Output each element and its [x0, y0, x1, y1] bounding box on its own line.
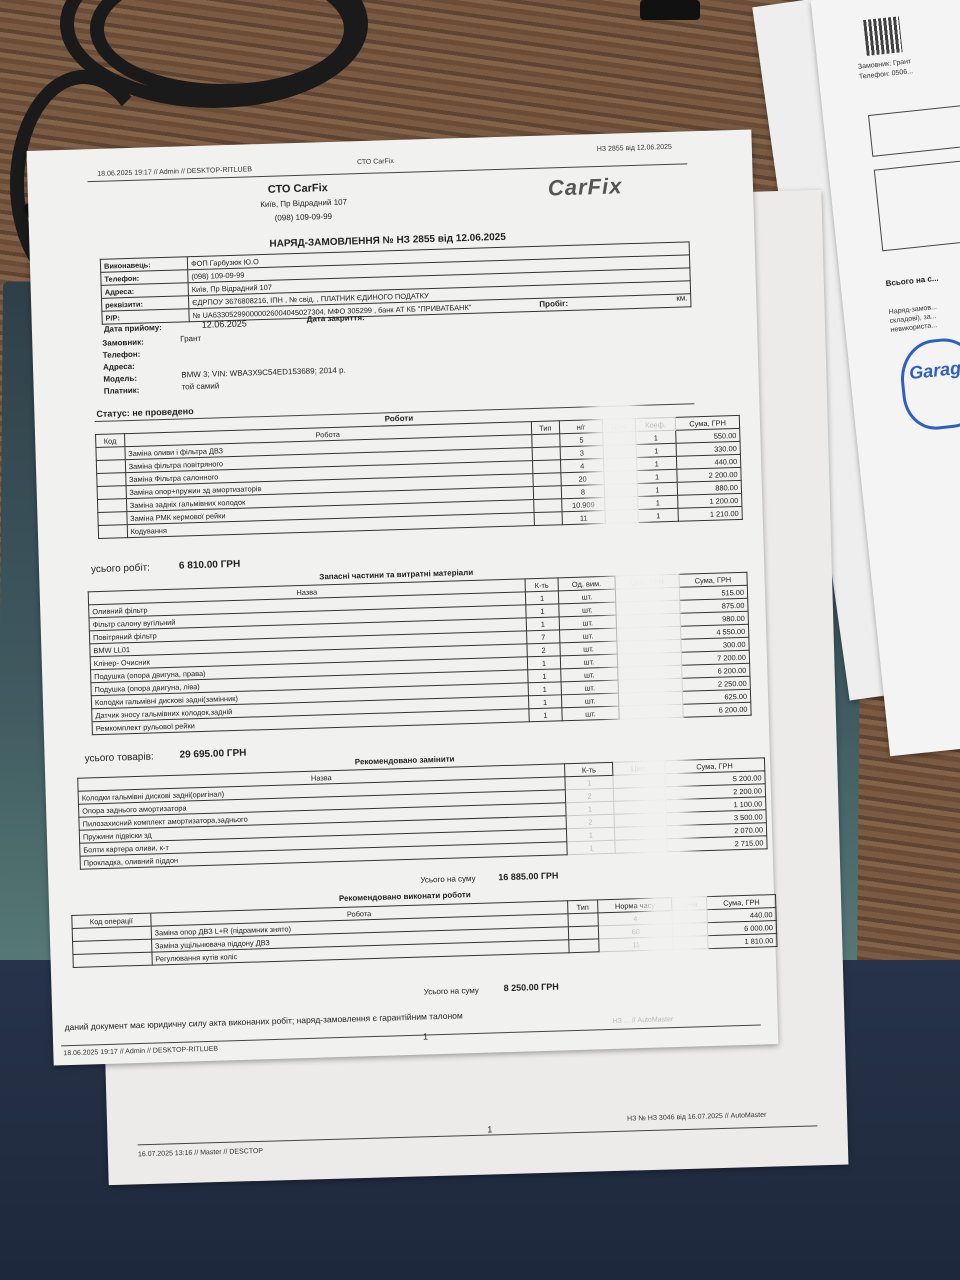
back-footer-right: НЗ № НЗ 3046 від 16.07.2025 // AutoMaste… [627, 1112, 766, 1123]
faded-print-area [579, 403, 653, 545]
client-value: Грант [180, 334, 201, 344]
recommended-parts-total-label: Усього на суму [420, 874, 475, 885]
work-code [97, 473, 126, 487]
parts-total-value: 29 695.00 ГРН [179, 748, 246, 761]
part-qty: 1 [527, 656, 560, 670]
status-label: Статус: не проведено [96, 406, 194, 419]
back-page-number: 1 [487, 1124, 492, 1134]
parts-title: Запасні частини та витратні матеріали [319, 568, 473, 582]
carfix-logo: CarFix [548, 173, 623, 201]
legal-note: даний документ має юридичну силу акта ви… [64, 1010, 462, 1032]
work-type [533, 473, 562, 487]
footer-print-stamp: 18.06.2025 19:17 // Admin // DESKTOP-RIT… [63, 1046, 218, 1058]
header-ref: НЗ 2855 від 12.06.2025 [597, 144, 672, 153]
accept-date-value: 12.06.2025 [202, 318, 247, 329]
work-type [533, 499, 562, 513]
work-type [532, 460, 561, 474]
company-phone: (098) 109-09-99 [275, 212, 333, 223]
faded-print-area [594, 572, 689, 735]
accept-date-label: Дата прийому: [104, 323, 162, 334]
work-code [96, 460, 125, 474]
recwork-type [568, 913, 599, 927]
work-code [98, 525, 127, 539]
works-total-value: 6 810.00 ГРН [179, 559, 241, 572]
company-name: СТО CarFix [268, 182, 328, 196]
back-footer-rule [138, 1125, 818, 1145]
client-label: Модель: [103, 374, 137, 384]
client-label: Телефон: [103, 350, 141, 360]
work-code [97, 486, 126, 500]
part-qty: 7 [527, 630, 560, 644]
work-code [96, 447, 125, 461]
part-sum: 6 200.00 [682, 702, 751, 717]
works-title: Роботи [385, 414, 414, 424]
stamp-text: Garage [908, 357, 960, 383]
page-number: 1 [423, 1031, 428, 1041]
client-label: Адреса: [103, 362, 135, 372]
faded-print-area [620, 756, 703, 858]
close-date-label: Дата закриття: [307, 313, 365, 324]
column-header: К-ть [525, 578, 558, 592]
back-footer-left: 16.07.2025 13:16 // Master // DESCTOP [138, 1148, 263, 1158]
work-type [534, 512, 563, 526]
client-value: той самий [182, 381, 220, 391]
recwork-code [73, 952, 152, 967]
recommended-parts-title: Рекомендовано замінити [355, 755, 455, 767]
header-center: СТО CarFix [357, 158, 394, 166]
work-order-document: 18.06.2025 19:17 // Admin // DESKTOP-RIT… [27, 129, 779, 1065]
part-qty: 1 [528, 669, 561, 683]
bmw-garage-stamp: Garage [897, 335, 960, 433]
part-qty: 1 [526, 604, 559, 618]
column-header: Тип [567, 900, 598, 914]
client-label: Замовник: [102, 338, 144, 348]
parts-total-label: усього товарів: [84, 751, 153, 764]
client-label: Платник: [104, 386, 140, 396]
column-header: Код [96, 434, 125, 448]
work-type [533, 486, 562, 500]
recwork-type [568, 926, 599, 940]
work-code [98, 512, 127, 526]
right-table-1 [868, 104, 960, 156]
executor-label: Р/Р: [102, 309, 189, 325]
recommended-works-total-label: Усього на суму [424, 986, 479, 997]
work-type [532, 447, 561, 461]
part-qty: 2 [527, 643, 560, 657]
work-type [531, 434, 560, 448]
part-qty: 1 [529, 708, 562, 722]
client-value: BMW 3; VIN: WBA3X9C54ED153689; 2014 р. [181, 366, 346, 380]
recommended-works-total-value: 8 250.00 ГРН [503, 982, 558, 994]
recommended-parts-total-value: 16 885.00 ГРН [498, 870, 558, 882]
recwork-type [568, 939, 599, 953]
footer-right: НЗ ... // AutoMaster [613, 1016, 674, 1025]
column-header: Тип [531, 421, 560, 435]
qr-code-icon [863, 16, 903, 56]
company-address: Київ, Пр Відрадний 107 [260, 197, 347, 209]
recpart-qty: 1 [567, 840, 616, 854]
faded-print-area [629, 893, 716, 965]
recommended-works-title: Рекомендовано виконати роботи [339, 890, 471, 903]
executor-table: Виконавець:ФОП Гарбузюк Ю.ОТелефон:(098)… [100, 241, 692, 324]
works-total-label: усього робіт: [91, 562, 150, 575]
adapter-brick [640, 0, 700, 20]
right-phone: Телефон: 0506... [859, 68, 914, 81]
work-code [97, 499, 126, 513]
part-qty: 1 [526, 617, 559, 631]
right-total: Всього на с... [885, 274, 939, 288]
part-qty: 1 [525, 591, 558, 605]
part-qty: 1 [528, 682, 561, 696]
right-table-2 [874, 159, 960, 251]
part-qty: 1 [528, 695, 561, 709]
work-sum: 1 210.00 [678, 506, 742, 521]
mileage-unit: км. [676, 293, 687, 302]
mileage-label: Пробіг: [539, 299, 568, 309]
recwork-sum: 1 810.00 [708, 934, 777, 949]
